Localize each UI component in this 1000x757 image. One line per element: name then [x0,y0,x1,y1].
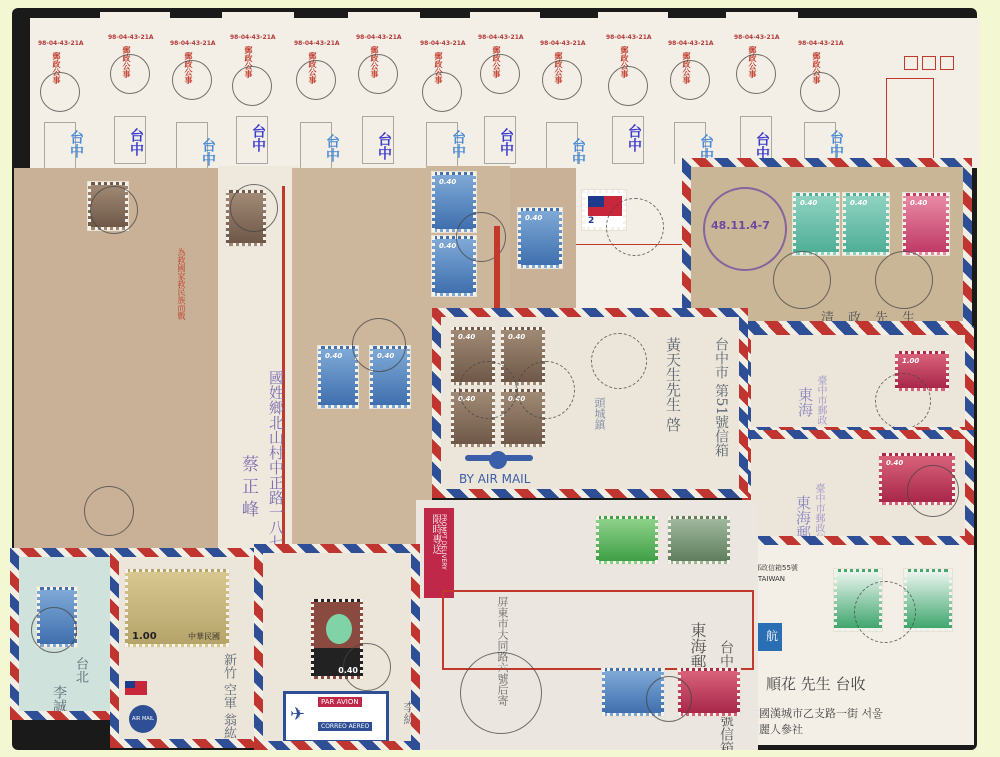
postmark [90,186,138,234]
postmark [773,251,831,309]
postmark [358,54,398,94]
postmark [591,333,647,389]
flag-cover: 2 [576,164,688,314]
prompt-delivery-cover: 限時專送 PROMPT DELIVERY 屏東市大同路六號后寄 東海郵票社 台中… [416,500,758,750]
postmark [343,643,391,691]
postmark [646,676,692,722]
postmark [422,72,462,112]
recipient-name: 黃天生先生 啓 [663,337,684,432]
airmail-block-cover: 0.40 0.40 0.40 0.40 BY AIR MAIL 黃天生先生 啓 … [432,308,748,498]
stamp [668,516,730,564]
official-cover: 98-04-43-21A 郵政公事 台中 [412,18,478,178]
postmark [460,652,542,734]
prompt-delivery-label: 限時專送 PROMPT DELIVERY [424,508,454,598]
korean-cover: 郵政信箱55號 G, TAIWAN 航 順花 先生 台收 韓國漢城市乙支路一街 … [742,545,974,745]
postmark [31,607,77,653]
airplane-icon: ✈ [290,706,305,724]
postmark [110,54,150,94]
postmark [352,318,406,372]
stamp [596,516,658,564]
kraft-cover-2: 0.40 0.40 [292,168,432,548]
registered-address: 國姓鄉北山村中正路一八七號 [266,370,287,565]
stamp: 0.40 [793,193,839,255]
registered-recipient: 蔡 正 峰 [236,455,261,517]
postmark [40,72,80,112]
official-cover: 98-04-43-21A 郵政公事 台中 [348,12,420,172]
stamp: 0.40 [843,193,889,255]
air-mail-globe-icon: AIR MAIL [129,705,157,733]
official-cover: 98-04-43-21A 郵政公事 台中 [30,18,108,178]
official-cover: 98-04-43-21A 郵政公事 台中 [286,18,356,178]
recipient-address: 台中市 第51號信箱 [711,337,731,457]
kraft-cover-1: 為救國家救民族而戰 [14,168,234,548]
official-cover: 98-04-43-21A 郵政公事 台中 [598,12,668,172]
tree-icon [326,614,352,644]
postmark [875,251,933,309]
recipient-address: 韓國漢城市乙支路一街 서울 [748,705,883,721]
tunghai-cover-1: 1.00 臺中市郵政 東海 [742,326,974,436]
postmark [736,54,776,94]
recipient-name: 順花 先生 台收 [766,673,866,694]
postmark [172,60,212,100]
postmark [542,60,582,100]
postmark [480,54,520,94]
postmark [459,361,517,419]
postmark [296,60,336,100]
sender-address: 頭城鎮 [591,397,607,430]
official-cover: 98-04-43-21A 郵政公事 台中 [532,18,606,178]
stamp: 0.40 [318,346,358,408]
postmark [608,66,648,106]
postmark [907,465,959,517]
bottom-cover-3: 0.40 ✈ PAR AVION CORREO AEREO 李紘 [254,544,420,750]
postmark [854,581,916,643]
postmark [84,486,134,536]
wings-logo-icon [465,451,533,469]
postmark [230,184,278,232]
postmark [517,361,575,419]
stamp-cover-a: 0.40 0.40 [426,166,510,316]
printed-slogan: 為救國家救民族而戰 [176,248,187,320]
official-cover: 98-04-43-21A 郵政公事 台中 [660,18,734,178]
flag-icon [125,681,147,695]
official-cover: 98-04-43-21A 郵政公事 台中 [726,12,798,172]
bottom-cover-2: 1.00 中華民國 AIR MAIL 新竹 空軍 翁紘 [110,548,266,748]
postmark [800,72,840,112]
postmark [875,373,931,429]
official-cover: 98-04-43-21A 郵政公事 台中 [222,12,294,172]
postmark [670,60,710,100]
stamp: 0.40 [903,193,949,255]
official-cover: 98-04-43-21A 郵政公事 台中 [100,12,170,172]
stamp: 1.00 中華民國 [125,569,229,647]
tunghai-cover-2: 0.40 臺中市郵政信 東海郵 [742,430,974,545]
by-air-mail-label: BY AIR MAIL [459,472,530,486]
official-cover: 98-04-43-21A 郵政公事 台中 [162,18,230,178]
exhibition-cover: 48.11.4-7 0.40 0.40 0.40 清政先生 [682,158,972,330]
official-cover: 98-04-43-21A 郵政公事 台中 [790,18,980,168]
stamp: 0.40 [518,208,562,268]
par-avion-label: ✈ PAR AVION CORREO AEREO [283,691,389,743]
official-cover: 98-04-43-21A 郵政公事 台中 [470,12,540,172]
postmark [232,66,272,106]
